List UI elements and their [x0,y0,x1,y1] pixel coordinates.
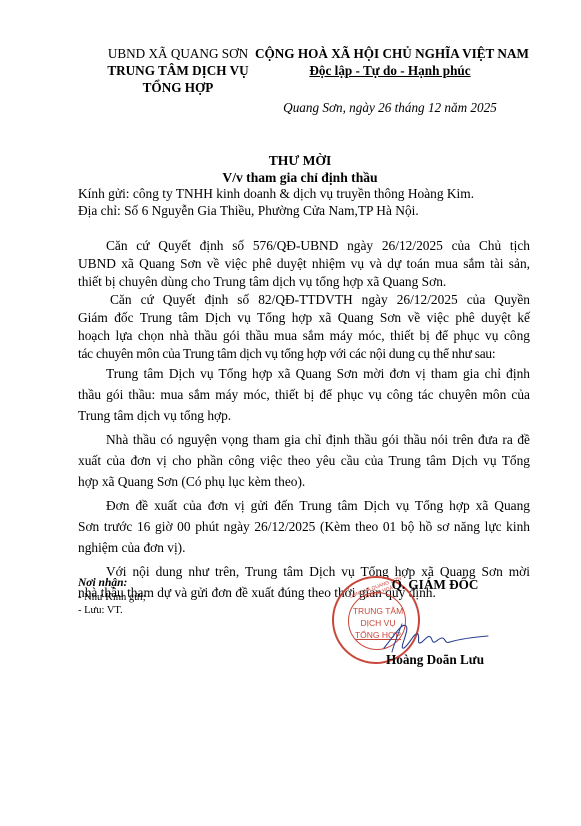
paragraph-line: Giám đốc Trung tâm Dịch vụ Tổng hợp xã Q… [78,309,530,327]
national-motto: Độc lập - Tự do - Hạnh phúc [305,63,474,78]
authority-line-2: TRUNG TÂM DỊCH VỤ [78,62,278,79]
paragraph-line: tác chuyên môn của Trung tâm dịch vụ tổn… [78,345,530,363]
signer-position: Q. GIÁM ĐỐC [370,576,500,593]
paragraph-line: hợp xã Quang Sơn (Có phụ lục kèm theo). [78,473,530,491]
paragraph-line: thầu gói thầu: mua sắm máy móc, thiết bị… [78,386,530,404]
paragraph-2: Căn cứ Quyết định số 82/QĐ-TTDVTH ngày 2… [78,291,530,363]
paragraph-line: Trung tâm Dịch vụ Tổng hợp xã Quang Sơn … [78,365,530,383]
paragraph-4: Nhà thầu có nguyện vọng tham gia chỉ địn… [78,431,530,491]
authority-line-3: TỔNG HỢP [78,79,278,96]
paragraph-line: Nhà thầu có nguyện vọng tham gia chỉ địn… [78,431,530,449]
paragraph-3: Trung tâm Dịch vụ Tổng hợp xã Quang Sơn … [78,365,530,425]
paragraph-line: Trung tâm dịch vụ tổng hợp. [78,407,530,425]
recipients-label: Nơi nhận: [78,576,258,591]
paragraph-line: Đơn đề xuất của đơn vị gửi đến Trung tâm… [78,497,530,515]
paragraph-1: Căn cứ Quyết định số 576/QĐ-UBND ngày 26… [78,237,530,291]
paragraph-line: Sơn trước 16 giờ 00 phút ngày 26/12/2025… [78,518,530,536]
issuing-authority: UBND XÃ QUANG SƠN TRUNG TÂM DỊCH VỤ TỔNG… [78,45,278,96]
paragraph-line: Căn cứ Quyết định số 82/QĐ-TTDVTH ngày 2… [78,291,530,309]
national-title: CỘNG HOÀ XÃ HỘI CHỦ NGHĨA VIỆT NAM [255,45,525,62]
recipient-to: Kính gửi: công ty TNHH kinh doanh & dịch… [78,185,538,203]
paragraph-5: Đơn đề xuất của đơn vị gửi đến Trung tâm… [78,497,530,557]
paragraph-line: xuất của đơn vị cho phần công việc theo … [78,452,530,470]
national-motto-wrap: Độc lập - Tự do - Hạnh phúc [255,62,525,79]
paragraph-line: UBND xã Quang Sơn về việc phê duyệt nhiệ… [78,255,530,273]
recipients-list: Nơi nhận: - Như Kính gửi; - Lưu: VT. [78,576,258,617]
paragraph-line: Căn cứ Quyết định số 576/QĐ-UBND ngày 26… [78,237,530,255]
authority-line-1: UBND XÃ QUANG SƠN [78,45,278,62]
place-date: Quang Sơn, ngày 26 tháng 12 năm 2025 [255,99,525,116]
paragraph-line: hoạch lựa chọn nhà thầu gói thầu mua sắm… [78,327,530,345]
recipients-item: - Như Kính gửi; [78,591,258,604]
letter-body: Căn cứ Quyết định số 576/QĐ-UBND ngày 26… [78,237,530,602]
paragraph-line: thiết bị chuyên dùng cho Trung tâm dịch … [78,273,530,291]
recipient-address: Địa chỉ: Số 6 Nguyễn Gia Thiều, Phường C… [78,202,538,220]
signer-name: Hoàng Doãn Lưu [370,651,500,668]
document-title: THƯ MỜI [70,152,530,170]
paragraph-line: nghiệm của đơn vị). [78,539,530,557]
recipients-item: - Lưu: VT. [78,604,258,617]
